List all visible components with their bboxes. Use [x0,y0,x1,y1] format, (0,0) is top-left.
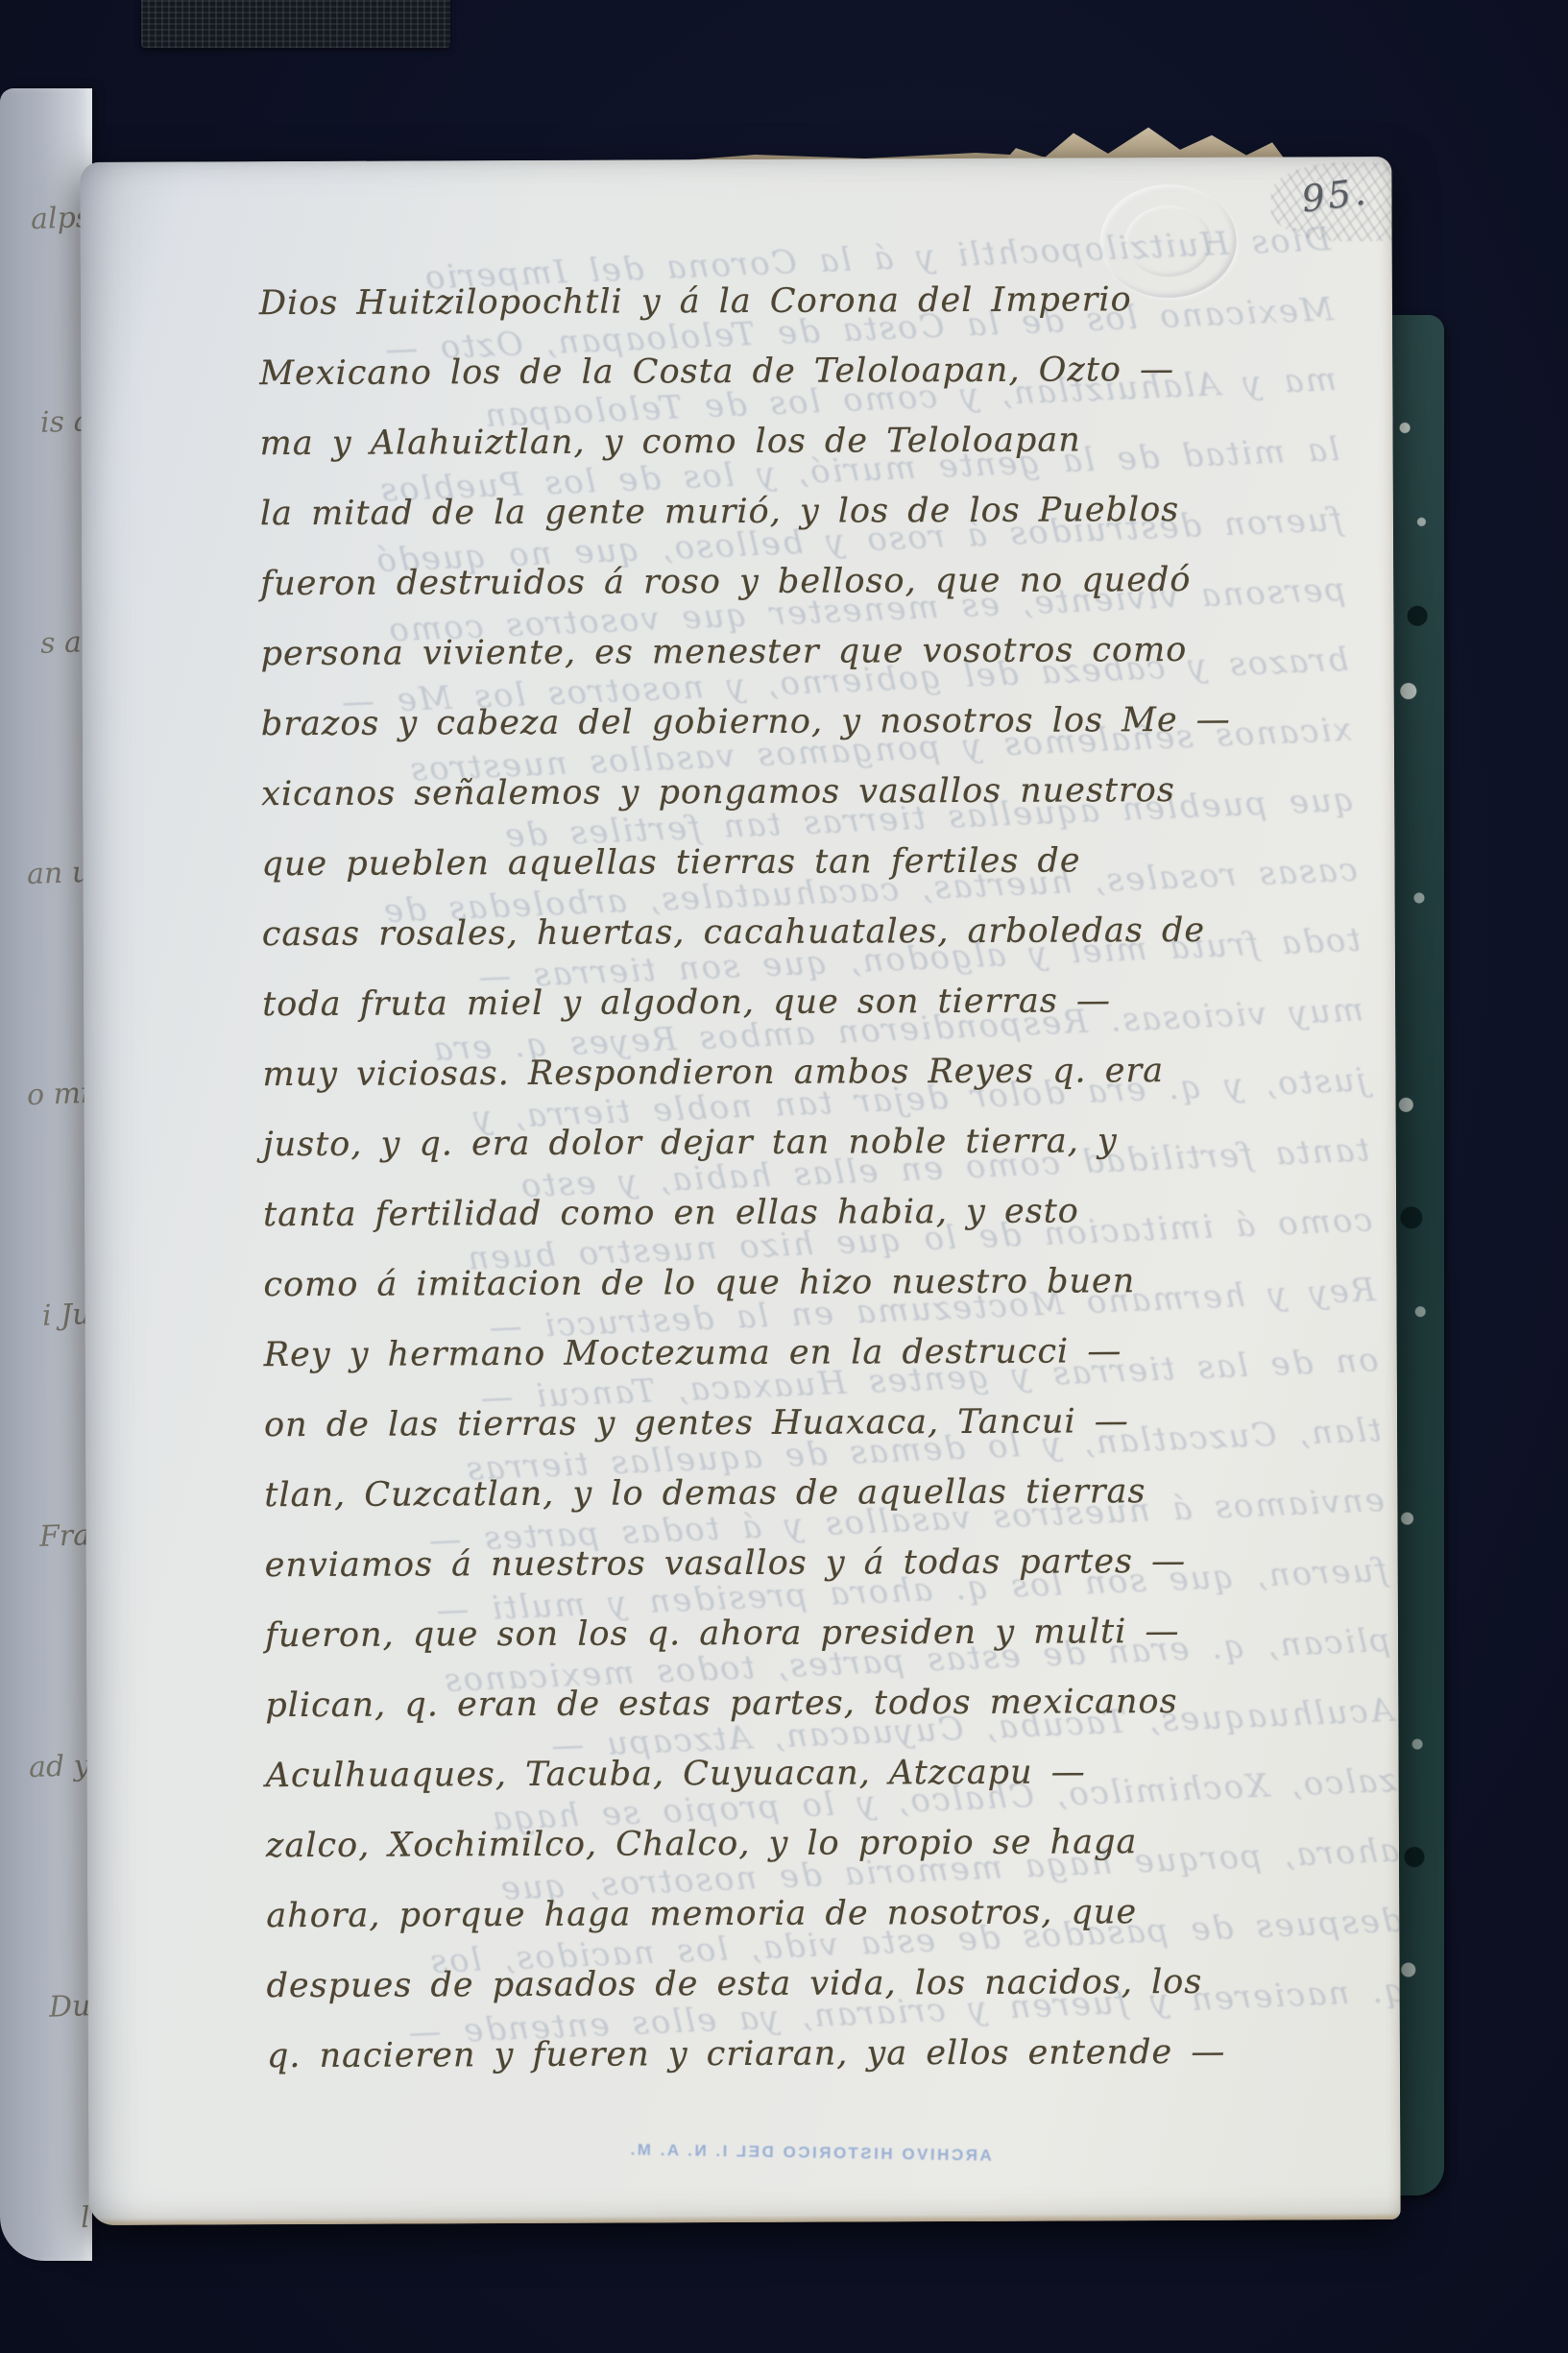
facing-page-fragment: an u [26,856,90,891]
manuscript-line: tlan, Cuzcatlan, y lo demas de aquellas … [264,1471,1364,1546]
manuscript-line: tanta fertilidad como en ellas habia, y … [263,1191,1363,1266]
manuscript-line: toda fruta miel y algodon, que son tierr… [262,981,1363,1055]
facing-page-edge: alpsis as alan uo mii JuFraad yDul [0,88,92,2261]
manuscript-line: despues de pasados de esta vida, los nac… [267,1962,1367,2037]
manuscript-photo: alpsis as alan uo mii JuFraad yDul Dios … [0,0,1568,2353]
manuscript-line: persona viviente, es menester que vosotr… [260,630,1361,705]
page-bottom-deckle [89,2213,1401,2225]
manuscript-line: justo, y q. era dolor dejar tan noble ti… [263,1121,1363,1196]
facing-page-fragment: Du [48,1989,91,2024]
manuscript-line: xicanos señalemos y pongamos vasallos nu… [261,770,1362,845]
manuscript-line: ma y Alahuiztlan, y como los de Teloloap… [260,420,1361,495]
manuscript-line: que pueblen aquellas tierras tan fertile… [261,840,1362,915]
fabric-strap [141,0,450,48]
manuscript-text-block: Dios Huitzilopochtli y á la Corona del I… [259,279,1367,2107]
folio-number: 95. [1299,170,1370,220]
facing-page-fragment: Fra [38,1518,90,1554]
manuscript-line: brazos y cabeza del gobierno, y nosotros… [261,700,1362,775]
manuscript-line: Mexicano los de la Costa de Teloloapan, … [259,350,1360,425]
facing-page-fragment: o mi [27,1077,91,1112]
manuscript-line: casas rosales, huertas, cacahuatales, ar… [262,910,1363,985]
manuscript-line: muy viciosas. Respondieron ambos Reyes q… [262,1051,1363,1126]
manuscript-line: fueron destruidos á roso y belloso, que … [260,560,1361,635]
archive-ink-stamp: ARCHIVO HISTORICO DEL I. N. A. M. [622,2140,997,2165]
manuscript-line: q. nacieren y fueren y criaran, ya ellos… [267,2032,1367,2107]
facing-page-text-fragments: alpsis as alan uo mii JuFraad yDul [0,88,92,2261]
manuscript-line: enviamos á nuestros vasallos y á todas p… [265,1541,1365,1616]
manuscript-page: Dios Huitzilopochtli y á la Corona del I… [80,157,1400,2225]
manuscript-line: la mitad de la gente murió, y los de los… [260,490,1361,565]
manuscript-line: ahora, porque haga memoria de nosotros, … [266,1892,1366,1967]
manuscript-line: Aculhuaques, Tacuba, Cuyuacan, Atzcapu — [266,1752,1366,1827]
manuscript-line: fueron, que son los q. ahora presiden y … [265,1612,1365,1686]
manuscript-line: como á imitacion de lo que hizo nuestro … [263,1261,1363,1336]
manuscript-line: on de las tierras y gentes Huaxaca, Tanc… [264,1401,1364,1476]
facing-page-fragment: i Ju [41,1298,91,1333]
manuscript-line: plican, q. eran de estas partes, todos m… [265,1682,1365,1757]
manuscript-line: zalco, Xochimilco, Chalco, y lo propio s… [266,1822,1366,1897]
manuscript-line: Rey y hermano Moctezuma en la destrucci … [264,1331,1364,1406]
facing-page-fragment: ad y [29,1749,91,1784]
manuscript-line: Dios Huitzilopochtli y á la Corona del I… [259,279,1360,354]
